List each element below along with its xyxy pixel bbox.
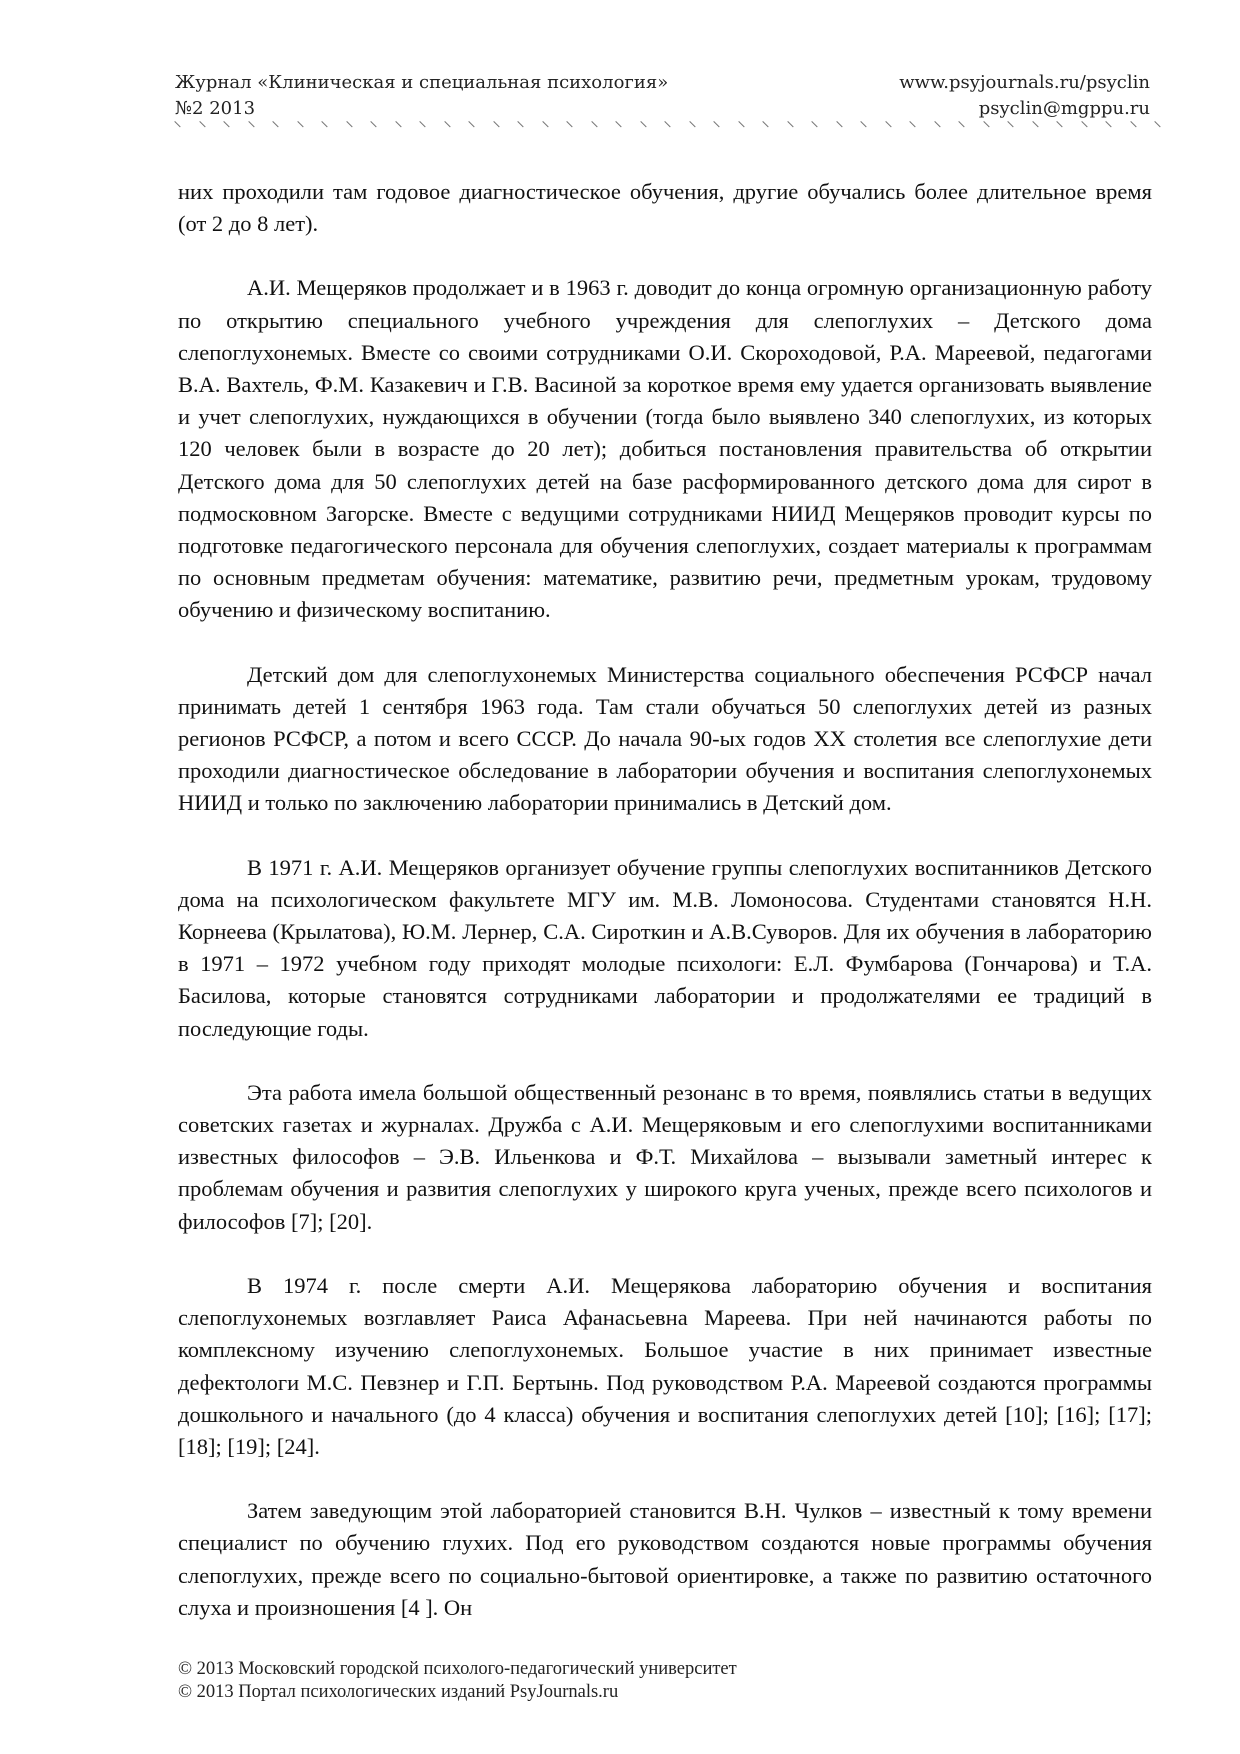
journal-title: Журнал «Клиническая и специальная психол… bbox=[175, 70, 668, 96]
paragraph-2: А.И. Мещеряков продолжает и в 1963 г. до… bbox=[178, 272, 1152, 626]
page-footer: © 2013 Московский городской психолого-пе… bbox=[178, 1658, 978, 1704]
copyright-portal: © 2013 Портал психологических изданий Ps… bbox=[178, 1681, 978, 1704]
journal-email-link[interactable]: psyclin@mgppu.ru bbox=[979, 96, 1150, 122]
paragraph-1: них проходили там годовое диагностическо… bbox=[178, 176, 1152, 240]
paragraph-6: В 1974 г. после смерти А.И. Мещерякова л… bbox=[178, 1270, 1152, 1463]
journal-website-link[interactable]: www.psyjournals.ru/psyclin bbox=[899, 70, 1150, 96]
paragraph-4: В 1971 г. А.И. Мещеряков организует обуч… bbox=[178, 852, 1152, 1045]
header-dashed-divider bbox=[175, 121, 1165, 133]
issue-number: №2 2013 bbox=[175, 96, 255, 122]
article-body: них проходили там годовое диагностическо… bbox=[178, 176, 1152, 1656]
paragraph-3: Детский дом для слепоглухонемых Министер… bbox=[178, 659, 1152, 820]
running-header: Журнал «Клиническая и специальная психол… bbox=[175, 70, 1150, 122]
paragraph-5: Эта работа имела большой общественный ре… bbox=[178, 1077, 1152, 1238]
paragraph-7: Затем заведующим этой лабораторией стано… bbox=[178, 1495, 1152, 1624]
copyright-university: © 2013 Московский городской психолого-пе… bbox=[178, 1658, 978, 1681]
document-page: Журнал «Клиническая и специальная психол… bbox=[0, 0, 1240, 1754]
